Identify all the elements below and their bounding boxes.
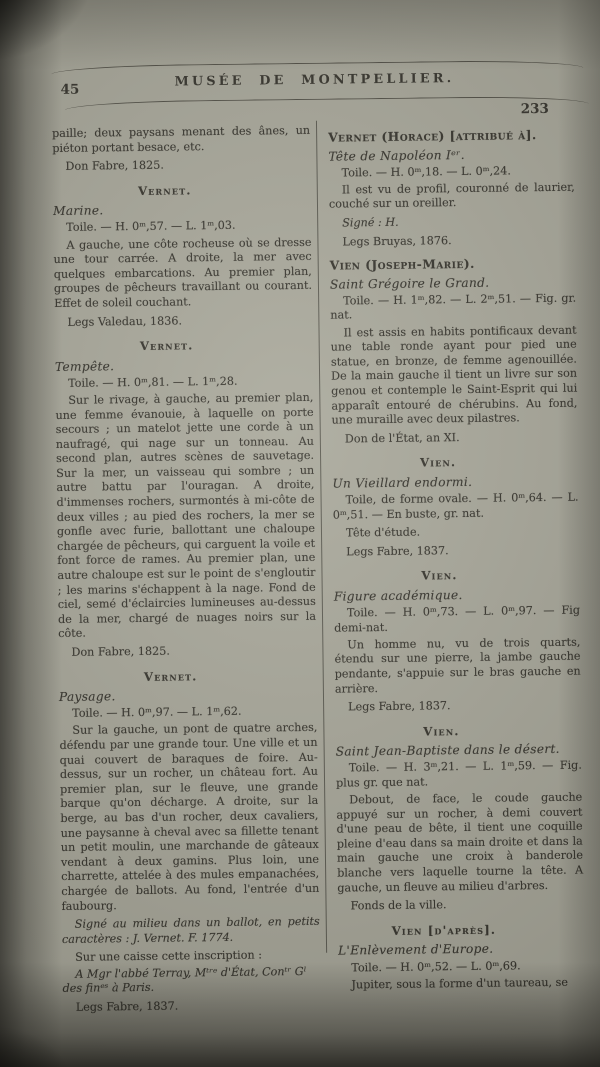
work-title: Saint Jean-Baptiste dans le désert. <box>336 742 582 760</box>
description-paragraph: Il est assis en habits pontificaux devan… <box>330 323 577 428</box>
dimensions-line: Toile. — H. 3ᵐ,21. — L. 1ᵐ,59. — Fig. pl… <box>336 759 582 791</box>
work-title: Saint Grégoire le Grand. <box>330 274 576 292</box>
signature-note: Signé : H. <box>329 214 575 232</box>
page-content: 45 MUSÉE DE MONTPELLIER. 233 paille; deu… <box>0 0 600 1067</box>
description-paragraph: Jupiter, sous la forme d'un taureau, se <box>338 975 584 993</box>
dimensions-line: Toile, de forme ovale. — H. 0ᵐ,64. — L. … <box>333 491 579 523</box>
work-title: Un Vieillard endormi. <box>332 473 578 491</box>
dimensions-line: Toile. — H. 0ᵐ,52. — L. 0ᵐ,69. <box>338 958 584 976</box>
description-paragraph: Sur le rivage, à gauche, au premier plan… <box>55 391 316 642</box>
dimensions-line: Toile. — H. 0ᵐ,81. — L. 1ᵐ,28. <box>55 374 313 392</box>
provenance-line: Legs Valedau, 1836. <box>54 312 312 330</box>
provenance-line: Legs Bruyas, 1876. <box>329 232 575 250</box>
description-paragraph: A gauche, une côte rocheuse où se dresse… <box>53 235 312 311</box>
right-column: Vernet (Horace) [attribué à].Tête de Nap… <box>328 119 585 995</box>
artist-heading: Vien [d'après]. <box>338 922 550 939</box>
provenance-line: Don de l'État, an XI. <box>332 429 578 447</box>
artist-heading: Vien. <box>335 723 547 740</box>
provenance-line: Don Fabre, 1825. <box>52 157 310 175</box>
continuation-paragraph: paille; deux paysans menant des ânes, un… <box>52 124 310 156</box>
artist-heading: Vernet. <box>53 182 277 199</box>
signature-note: Signé au milieu dans un ballot, en petit… <box>62 915 320 947</box>
provenance-line: Legs Fabre, 1837. <box>63 998 321 1016</box>
artist-heading: Vernet. <box>55 337 279 354</box>
provenance-line: Don Fabre, 1825. <box>58 643 316 661</box>
artist-heading: Vernet. <box>59 668 283 685</box>
work-title: Paysage. <box>59 687 317 705</box>
page-number: 233 <box>521 101 549 117</box>
description-paragraph: Sur la gauche, un pont de quatre arches,… <box>59 721 319 914</box>
artist-heading: Vien. <box>333 567 545 584</box>
provenance-line: Tête d'étude. <box>333 524 579 542</box>
artist-heading: Vien (Joseph-Marie). <box>330 256 576 274</box>
work-title: Tempête. <box>55 357 313 375</box>
work-title: Marine. <box>53 201 311 219</box>
dimensions-line: Toile. — H. 0ᵐ,18. — L. 0ᵐ,24. <box>329 163 575 181</box>
description-paragraph: Debout, de face, le coude gauche appuyé … <box>336 791 583 896</box>
dimensions-line: Toile. — H. 0ᵐ,57. — L. 1ᵐ,03. <box>53 218 311 236</box>
inscription-label: Sur une caisse cette inscription : <box>62 948 320 966</box>
dimensions-line: Toile. — H. 0ᵐ,97. — L. 1ᵐ,62. <box>59 704 317 722</box>
description-paragraph: Un homme nu, vu de trois quarts, étendu … <box>334 635 581 696</box>
header-rule-bottom <box>65 95 589 118</box>
dimensions-line: Toile. — H. 1ᵐ,82. — L. 2ᵐ,51. — Fig. gr… <box>330 291 576 323</box>
work-title: Tête de Napoléon Iᵉʳ. <box>328 146 574 164</box>
provenance-line: Fonds de la ville. <box>337 897 583 915</box>
inscription-text: A Mgr l'abbé Terray, Mᵗʳᵉ d'État, Conᵗʳ … <box>62 965 320 997</box>
provenance-line: Legs Fabre, 1837. <box>333 542 579 560</box>
dimensions-line: Toile. — H. 0ᵐ,73. — L. 0ᵐ,97. — Fig dem… <box>334 604 580 636</box>
book-page-photo: 45 MUSÉE DE MONTPELLIER. 233 paille; deu… <box>0 0 600 1067</box>
artist-heading: Vernet (Horace) [attribué à]. <box>328 128 574 146</box>
work-title: L'Enlèvement d'Europe. <box>338 941 584 959</box>
work-title: Figure académique. <box>334 587 580 605</box>
description-paragraph: Il est vu de profil, couronné de laurier… <box>329 180 575 212</box>
artist-heading: Vien. <box>332 454 544 471</box>
provenance-line: Legs Fabre, 1837. <box>335 698 581 716</box>
left-column: paille; deux paysans menant des ânes, un… <box>52 122 321 1020</box>
